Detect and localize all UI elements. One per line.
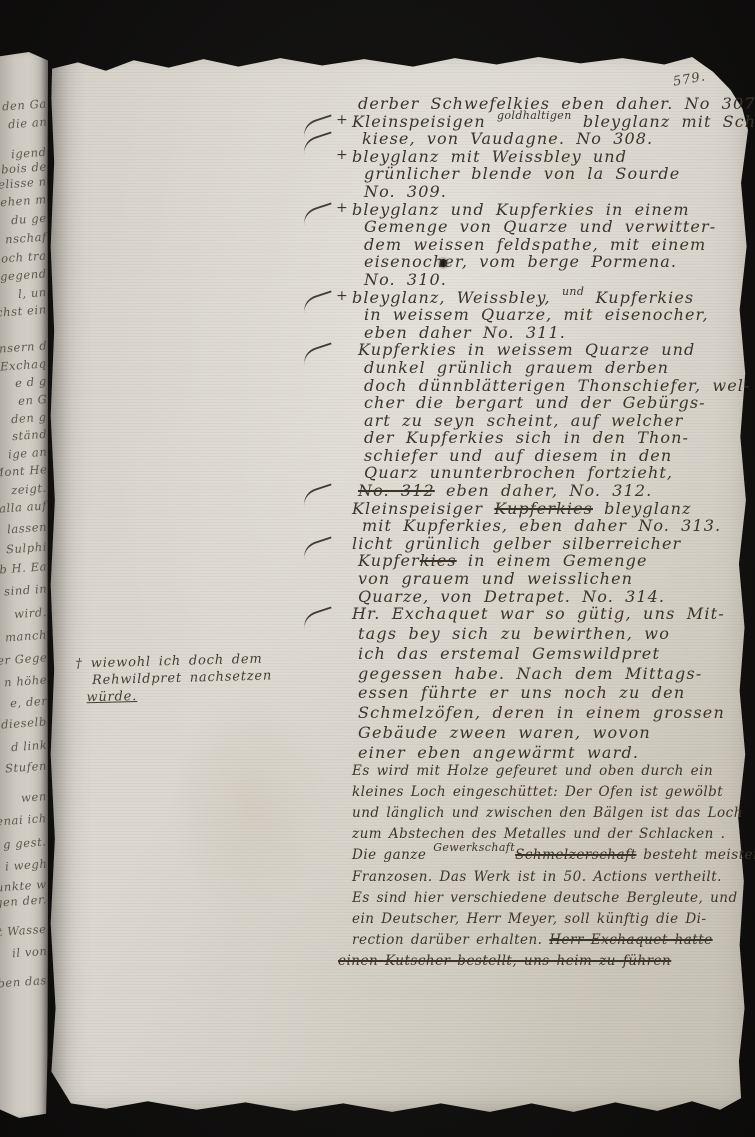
page-edge-fragment: Mont He bbox=[0, 462, 47, 480]
page-edge-fragment: alla auf bbox=[0, 498, 47, 515]
page-edge-fragment: gegend bbox=[0, 266, 47, 283]
manuscript-line: kiese, von Vaudagne. No 308. bbox=[362, 129, 732, 147]
handwritten-text: Gebäude zween waren, wovon bbox=[358, 723, 651, 742]
struck-text: Kupferkies bbox=[494, 499, 593, 518]
handwritten-text: Schmelzöfen, deren in einem grossen bbox=[358, 703, 725, 722]
manuscript-line: +bleyglanz, Weissbley, und Kupferkies bbox=[352, 288, 732, 306]
handwritten-text: No. 310. bbox=[364, 270, 447, 289]
page-edge-fragment: zeigt. bbox=[11, 481, 48, 497]
handwritten-text: grünlicher blende von la Sourde bbox=[364, 164, 680, 183]
page-edge-fragment: i wegh bbox=[4, 857, 47, 874]
manuscript-line: art zu seyn scheint, auf welcher bbox=[364, 411, 732, 429]
handwritten-text: mit Kupferkies, eben daher No. 313. bbox=[362, 516, 721, 535]
handwritten-text: Gemenge von Quarze und verwitter- bbox=[364, 217, 716, 236]
page-edge-fragment: och tra bbox=[1, 248, 47, 265]
handwritten-text: Es wird mit Holze gefeuret und oben durc… bbox=[352, 763, 713, 779]
manuscript-line: doch dünnblätterigen Thonschiefer, wel- bbox=[364, 376, 732, 394]
page-edge-fragment: nsern d bbox=[0, 338, 47, 355]
manuscript-line: Es sind hier verschiedene deutsche Bergl… bbox=[352, 890, 732, 911]
manuscript-line: Kupferkies in weissem Quarze und bbox=[358, 340, 732, 358]
page-edge-fragment: elisse n bbox=[0, 174, 47, 191]
page-edge-fragment: e d g bbox=[15, 374, 48, 390]
handwritten-text: Kupferkies bbox=[584, 288, 694, 307]
manuscript-line: No. 310. bbox=[364, 270, 732, 288]
handwritten-text: bleyglanz, Weissbley, bbox=[352, 288, 562, 307]
inserted-text: goldhaltigen bbox=[497, 109, 572, 122]
page-edge-fragment: lb H. Ea bbox=[0, 559, 47, 577]
struck-text: kies bbox=[420, 551, 457, 570]
previous-page-edge: den Gadie anigendbois deelisse nLehen md… bbox=[0, 52, 48, 1118]
handwritten-text: gegessen habe. Nach dem Mittags- bbox=[358, 664, 702, 683]
manuscript-line: +bleyglanz und Kupferkies in einem bbox=[352, 200, 732, 218]
handwritten-text: Hr. Exchaquet war so gütig, uns Mit- bbox=[352, 604, 725, 623]
handwritten-text: von grauem und weisslichen bbox=[358, 569, 633, 588]
page-edge-fragment: dieselb bbox=[1, 714, 48, 731]
handwritten-text: Franzosen. Das Werk ist in 50. Actions v… bbox=[352, 869, 722, 885]
manuscript-line: +bleyglanz mit Weissbley und bbox=[352, 147, 732, 165]
marginal-note: † wiewohl ich doch dem Rehwildpret nachs… bbox=[75, 650, 272, 706]
manuscript-line: licht grünlich gelber silberreicher bbox=[352, 534, 732, 552]
manuscript-line: Es wird mit Holze gefeuret und oben durc… bbox=[352, 763, 732, 784]
manuscript-line: kleines Loch eingeschüttet: Der Ofen ist… bbox=[352, 784, 732, 805]
handwritten-text: No. 309. bbox=[364, 182, 447, 201]
handwritten-text: eben daher, No. 312. bbox=[435, 481, 653, 500]
manuscript-line: einen Kutscher bestellt, uns heim zu füh… bbox=[338, 953, 732, 974]
handwritten-text: kiese, von Vaudagne. No 308. bbox=[362, 129, 653, 148]
manuscript-line: schiefer und auf diesem in den bbox=[364, 446, 732, 464]
page-edge-fragment: chst ein bbox=[0, 302, 47, 320]
page-edge-fragment: den g bbox=[11, 410, 47, 426]
handwritten-text: ich das erstemal Gemswildpret bbox=[358, 644, 660, 663]
manuscript-line: Kleinspeisiger Kupferkies bleyglanz bbox=[352, 499, 732, 517]
handwritten-text: in einem Gemenge bbox=[457, 551, 648, 570]
manuscript-line: von grauem und weisslichen bbox=[358, 569, 732, 587]
page-edge-fragment: Lehen m bbox=[0, 192, 47, 210]
page-edge-fragment: ständ bbox=[11, 427, 47, 443]
handwritten-text: art zu seyn scheint, auf welcher bbox=[364, 411, 683, 430]
page-number: 579. bbox=[672, 69, 707, 89]
page-edge-fragment: manch bbox=[5, 628, 48, 645]
page-edge-fragment: lassen bbox=[6, 520, 47, 537]
page-edge-fragment: gen der. bbox=[0, 892, 47, 910]
manuscript-line: Quarz ununterbrochen fortzieht, bbox=[364, 463, 732, 481]
page-edge-fragment: en G bbox=[17, 392, 47, 408]
scanned-manuscript-photo: { "colors":{"background":"#121110","pape… bbox=[0, 0, 755, 1137]
manuscript-line: cher die bergart und der Gebürgs- bbox=[364, 393, 732, 411]
page-edge-fragment: sind in bbox=[3, 582, 47, 599]
handwritten-text: ein Deutscher, Herr Meyer, soll künftig … bbox=[352, 911, 707, 927]
handwritten-text: Kleinspeisigen bbox=[352, 112, 497, 131]
page-edge-fragment: die an bbox=[7, 115, 47, 132]
handwritten-text: rection darüber erhalten. bbox=[352, 932, 549, 948]
handwritten-text: Quarz ununterbrochen fortzieht, bbox=[364, 463, 673, 482]
manuscript-lines: derber Schwefelkies eben daher. No 307.+… bbox=[352, 94, 732, 974]
page-edge-fragment: d link bbox=[10, 738, 47, 755]
manuscript-line: Hr. Exchaquet war so gütig, uns Mit- bbox=[352, 604, 732, 624]
handwritten-text: bleyglanz mit Schwefel- bbox=[572, 112, 755, 131]
handwritten-text: Kupfer bbox=[358, 551, 420, 570]
manuscript-line: der Kupferkies sich in den Thon- bbox=[364, 428, 732, 446]
handwritten-text: cher die bergart und der Gebürgs- bbox=[364, 393, 706, 412]
manuscript-line: grünlicher blende von la Sourde bbox=[364, 164, 732, 182]
handwritten-text: bleyglanz und Kupferkies in einem bbox=[352, 200, 690, 219]
manuscript-line: Gebäude zween waren, wovon bbox=[358, 723, 732, 743]
struck-text: Herr Exchaquet hatte bbox=[549, 932, 712, 948]
page-edge-fragment: g gest. bbox=[3, 834, 47, 851]
manuscript-line: dem weissen feldspathe, mit einem bbox=[364, 235, 732, 253]
handwritten-text: schiefer und auf diesem in den bbox=[364, 446, 672, 465]
manuscript-line: eisenocher, vom berge Pormena. bbox=[364, 252, 732, 270]
manuscript-line: einer eben angewärmt ward. bbox=[358, 743, 732, 763]
manuscript-text-block: derber Schwefelkies eben daher. No 307.+… bbox=[302, 94, 732, 974]
plus-mark: + bbox=[336, 112, 349, 128]
handwritten-text: bleyglanz mit Weissbley und bbox=[352, 147, 627, 166]
handwritten-text: bleyglanz bbox=[593, 499, 692, 518]
handwritten-text: Kupferkies in weissem Quarze und bbox=[358, 340, 695, 359]
handwritten-text: doch dünnblätterigen Thonschiefer, wel- bbox=[364, 376, 751, 395]
plus-mark: + bbox=[336, 147, 349, 163]
plus-mark: + bbox=[336, 200, 349, 216]
page-edge-fragment: den Ga bbox=[2, 96, 48, 113]
handwritten-text: tags bey sich zu bewirthen, wo bbox=[358, 624, 670, 643]
manuscript-line: zum Abstechen des Metalles und der Schla… bbox=[352, 826, 732, 847]
margin-slash-mark bbox=[301, 536, 336, 559]
page-edge-fragment: wird. bbox=[14, 605, 48, 621]
manuscript-line: ein Deutscher, Herr Meyer, soll künftig … bbox=[352, 911, 732, 932]
manuscript-line: mit Kupferkies, eben daher No. 313. bbox=[362, 516, 732, 534]
margin-slash-mark bbox=[301, 607, 336, 630]
page-edge-fragment: Stufen bbox=[5, 759, 48, 776]
margin-slash-mark bbox=[301, 202, 336, 225]
page-edge-fragment: er Gege bbox=[0, 650, 47, 667]
manuscript-line: ich das erstemal Gemswildpret bbox=[358, 644, 732, 664]
page-edge-fragment: e, der bbox=[9, 694, 47, 711]
page-edge-fragment: n höhe bbox=[3, 673, 47, 690]
page-edge-fragment: l, un bbox=[18, 285, 48, 301]
handwritten-text: licht grünlich gelber silberreicher bbox=[352, 534, 681, 553]
handwritten-text: besteht meistens aus bbox=[636, 847, 755, 863]
handwritten-text: dunkel grünlich grauem derben bbox=[364, 358, 669, 377]
page-edge-fragment: Exchaq bbox=[0, 356, 47, 373]
manuscript-line: +Kleinspeisigen goldhaltigen bleyglanz m… bbox=[352, 112, 732, 130]
page-edge-fragment: du ge bbox=[11, 211, 47, 227]
page-edge-fragment: mit Wasse bbox=[0, 922, 47, 940]
manuscript-line: Quarze, von Detrapet. No. 314. bbox=[358, 587, 732, 605]
inserted-text: Gewerkschaft bbox=[433, 841, 515, 854]
page-edge-fragment: wen bbox=[21, 789, 48, 805]
struck-text: No. 312 bbox=[358, 481, 435, 500]
handwritten-text: dem weissen feldspathe, mit einem bbox=[364, 235, 706, 254]
manuscript-line: rection darüber erhalten. Herr Exchaquet… bbox=[352, 932, 732, 953]
handwritten-text: kleines Loch eingeschüttet: Der Ofen ist… bbox=[352, 784, 723, 800]
page-edge-fragment: eben das bbox=[0, 973, 47, 991]
handwritten-text: Die ganze bbox=[352, 847, 433, 863]
handwritten-text: Quarze, von Detrapet. No. 314. bbox=[358, 587, 665, 606]
handwritten-text: und länglich und zwischen den Bälgen ist… bbox=[352, 805, 743, 821]
page-edge-fragment: il von bbox=[11, 944, 47, 960]
handwritten-text: Kleinspeisiger bbox=[352, 499, 494, 518]
manuscript-line: gegessen habe. Nach dem Mittags- bbox=[358, 664, 732, 684]
manuscript-line: No. 312 eben daher, No. 312. bbox=[358, 481, 732, 499]
manuscript-line: in weissem Quarze, mit eisenocher, bbox=[364, 305, 732, 323]
handwritten-text: essen führte er uns noch zu den bbox=[358, 683, 685, 702]
page-edge-fragment: ige an bbox=[7, 445, 47, 462]
handwritten-text: zum Abstechen des Metalles und der Schla… bbox=[352, 826, 725, 842]
handwritten-text: einer eben angewärmt ward. bbox=[358, 743, 639, 762]
manuscript-line: No. 309. bbox=[364, 182, 732, 200]
manuscript-line: Gemenge von Quarze und verwitter- bbox=[364, 217, 732, 235]
handwritten-text: eisenocher, vom berge Pormena. bbox=[364, 252, 677, 271]
handwritten-text: eben daher No. 311. bbox=[364, 323, 566, 342]
manuscript-line: dunkel grünlich grauem derben bbox=[364, 358, 732, 376]
manuscript-line: Kupferkies in einem Gemenge bbox=[358, 551, 732, 569]
margin-slash-mark bbox=[301, 290, 336, 313]
handwritten-text: Es sind hier verschiedene deutsche Bergl… bbox=[352, 890, 738, 906]
manuscript-line: tags bey sich zu bewirthen, wo bbox=[358, 624, 732, 644]
manuscript-line: Schmelzöfen, deren in einem grossen bbox=[358, 703, 732, 723]
manuscript-line: Die ganze GewerkschaftSchmelzerschaft be… bbox=[352, 847, 732, 868]
manuscript-line: eben daher No. 311. bbox=[364, 323, 732, 341]
page-edge-fragment: renai ich bbox=[0, 811, 47, 829]
manuscript-line: Franzosen. Das Werk ist in 50. Actions v… bbox=[352, 869, 732, 890]
handwritten-text: der Kupferkies sich in den Thon- bbox=[364, 428, 689, 447]
manuscript-line: essen führte er uns noch zu den bbox=[358, 683, 732, 703]
manuscript-line: und länglich und zwischen den Bälgen ist… bbox=[352, 805, 732, 826]
margin-slash-mark bbox=[301, 343, 336, 366]
struck-text: einen Kutscher bestellt, uns heim zu füh… bbox=[338, 953, 671, 969]
plus-mark: + bbox=[336, 288, 349, 304]
page-edge-fragment: nschaf bbox=[5, 230, 48, 247]
handwritten-text: in weissem Quarze, mit eisenocher, bbox=[364, 305, 709, 324]
page-edge-fragment: Sulphi bbox=[6, 540, 48, 557]
margin-slash-mark bbox=[301, 483, 336, 506]
struck-text: Schmelzerschaft bbox=[515, 847, 636, 863]
inserted-text: und bbox=[562, 285, 584, 298]
